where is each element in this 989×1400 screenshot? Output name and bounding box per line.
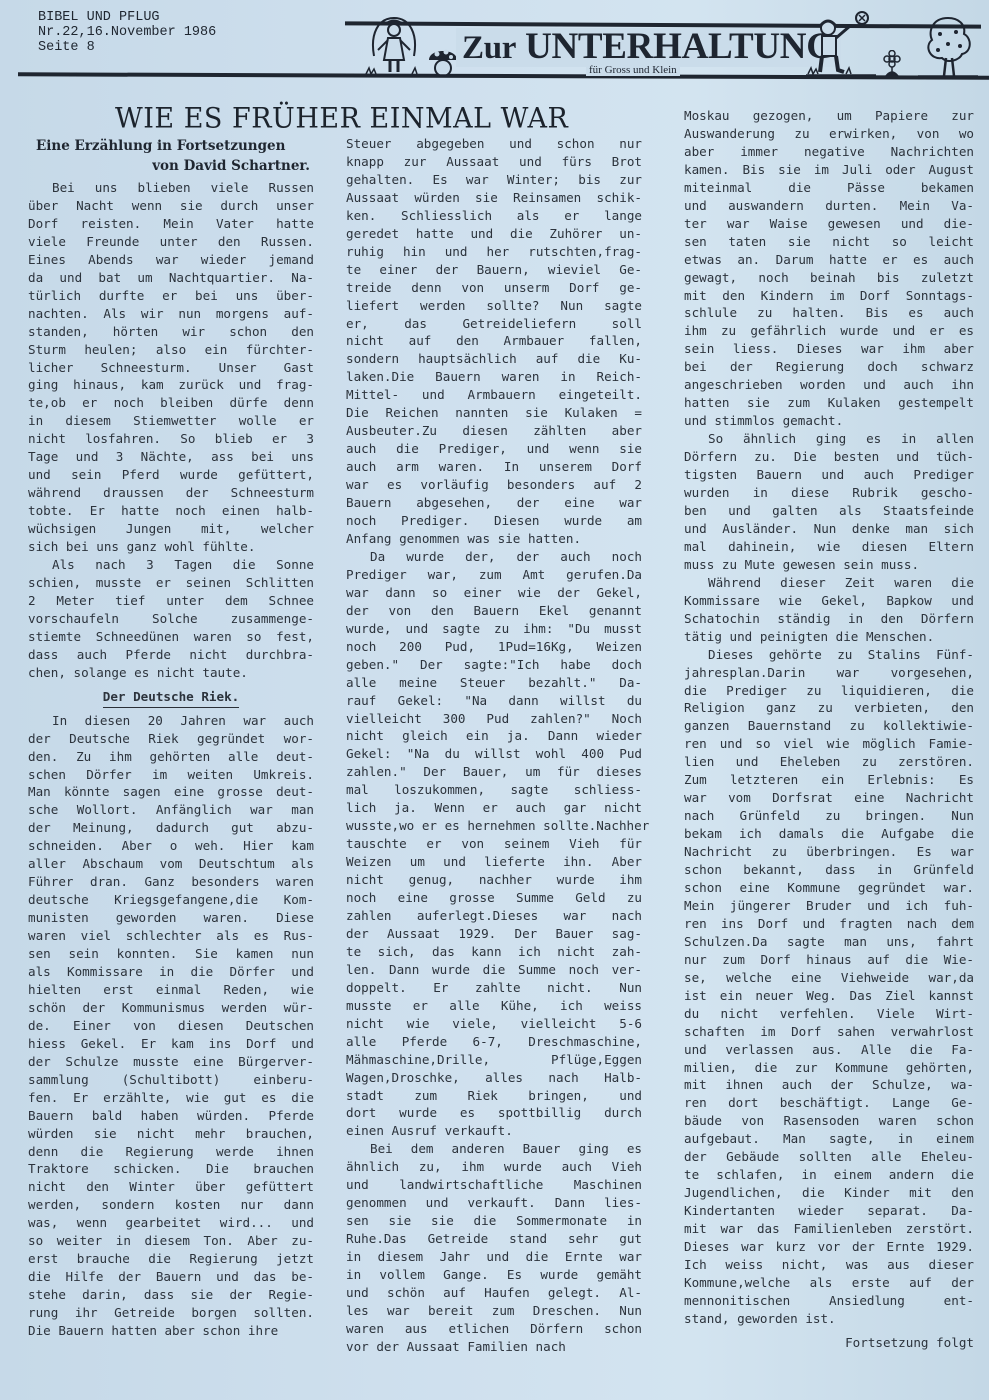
flower-icon — [880, 50, 904, 78]
text-line: Die Reichen nannten sie Kulaken = — [346, 404, 642, 422]
text-line: miteinmal die Pässe bekamen — [684, 179, 974, 197]
text-line: 2 Meter tief unter dem Schnee — [28, 592, 314, 610]
publication-name: BIBEL UND PFLUG — [38, 10, 216, 25]
text-line: schien, musste er seinen Schlitten — [28, 574, 314, 592]
text-line: ging hinaus, kam zurück und frag- — [28, 376, 314, 394]
text-line: gewagt, noch beinah bis zuletzt — [684, 269, 974, 287]
text-line: jahresplan.Darin war vorgesehen, — [684, 664, 974, 682]
text-line: werden, sondern kosten nur dann — [28, 1196, 314, 1214]
text-line: Kommune,welche als erste auf der — [684, 1274, 974, 1292]
text-line: bäude von Rasensoden waren schon — [684, 1112, 974, 1130]
text-line: Tage und 3 Nächte, ass bei uns — [28, 448, 314, 466]
section-banner: Zur UNTERHALTUNG für Gross und Klein — [358, 14, 989, 78]
text-line: ken. Schliesslich als er lange — [346, 207, 642, 225]
text-line: Dieses war kurz vor der Ernte 1929. — [684, 1238, 974, 1256]
text-line: angeschrieben worden und auch ihn — [684, 376, 974, 394]
text-line: ihm zu gefährlich wurde und er es — [684, 322, 974, 340]
text-line: ter war Waise gewesen und die- — [684, 215, 974, 233]
text-line: nicht wie viele, vielleicht 5-6 — [346, 1015, 642, 1033]
text-line: tätig und peinigten die Menschen. — [684, 628, 974, 646]
text-line: Mähmaschine,Drille, Pflüge,Eggen — [346, 1051, 642, 1069]
text-line: der Meinung, dadurch gut abzu- — [28, 819, 314, 837]
byline-author: von David Schartner. — [36, 156, 310, 176]
text-line: hielten erst einmal Reden, wie — [28, 981, 314, 999]
text-line: Führer dran. Ganz besonders waren — [28, 873, 314, 891]
text-line: ähnlich zu, ihm wurde auch Vieh — [346, 1158, 642, 1176]
section-subheading: Der Deutsche Riek. — [28, 688, 314, 706]
text-line: Steuer abgegeben und schon nur — [346, 135, 642, 153]
text-line: nach Grünfeld zu bringen. Nun — [684, 807, 974, 825]
text-line: de. Einer von diesen Deutschen — [28, 1017, 314, 1035]
text-line: sche Wollort. Anfänglich war man — [28, 801, 314, 819]
masthead-info: BIBEL UND PFLUG Nr.22,16.November 1986 S… — [38, 10, 216, 55]
text-line: Ausbeuter.Zu diesen zählten aber — [346, 422, 642, 440]
text-line: ben und galten als Staatsfeinde — [684, 502, 974, 520]
text-line: war dann so einer wie der Gekel, — [346, 584, 642, 602]
text-line: musste er alle Kühe, ich weiss — [346, 997, 642, 1015]
article-paragraph: Bei dem anderen Bauer ging esähnlich zu,… — [346, 1140, 642, 1355]
text-line: hiess Gekel. Er kam ins Dorf und — [28, 1035, 314, 1053]
text-line: les war bereit zum Dreschen. Nun — [346, 1302, 642, 1320]
text-line: liefert werden sollte? Nun sagte — [346, 297, 642, 315]
text-line: noch Prediger. Diesen wurde am — [346, 512, 642, 530]
text-line: stiemte Schneedünen waren so fest, — [28, 628, 314, 646]
text-line: aufgebaut. Man sagte, in einem — [684, 1130, 974, 1148]
text-line: mal loszukommen, sagte schliess- — [346, 781, 642, 799]
text-line: nicht losfahren. So blieb er 3 — [28, 430, 314, 448]
text-line: So ähnlich ging es in allen — [684, 430, 974, 448]
text-line: Ich weiss nicht, was aus dieser — [684, 1256, 974, 1274]
text-line: laken.Die Bauern waren in Reich- — [346, 368, 642, 386]
text-line: über Nacht wenn sie durch unser — [28, 197, 314, 215]
text-line: muss zu Mute gewesen sein muss. — [684, 556, 974, 574]
text-line: deutsche Kriegsgefangene,die Kom- — [28, 891, 314, 909]
text-line: knapp zur Aussaat und fürs Brot — [346, 153, 642, 171]
text-line: der Gebäude sollten alle Eheleu- — [684, 1148, 974, 1166]
text-line: lien und Eheleben zu zerstören. — [684, 753, 974, 771]
article-paragraph: Da wurde der, der auch nochPrediger war,… — [346, 548, 642, 1140]
issue-date: Nr.22,16.November 1986 — [38, 25, 216, 40]
article-column-3: Moskau gezogen, um Papiere zurAuswanderu… — [684, 107, 974, 1352]
text-line: Eines Abends war wieder jemand — [28, 251, 314, 269]
text-line: wurden in diese Rubrik gescho- — [684, 484, 974, 502]
text-line: du nicht verfehlen. Viele Wirt- — [684, 1005, 974, 1023]
text-line: lich ja. Wenn er auch gar nicht — [346, 799, 642, 817]
text-line: tauschte er von seinem Vieh für — [346, 835, 642, 853]
text-line: doppelt. Er zahlte nicht. Nun — [346, 979, 642, 997]
text-line: alle meine Steuer bezahlt." Da- — [346, 674, 642, 692]
text-line: erst brauche die Regierung jetzt — [28, 1250, 314, 1268]
text-line: geredet hatte und die Zuhörer un- — [346, 225, 642, 243]
text-line: während draussen der Schneesturm — [28, 484, 314, 502]
text-line: die Hilfe der Bauern und das be- — [28, 1268, 314, 1286]
text-line: und Ausländer. Nun denke man sich — [684, 520, 974, 538]
text-line: wurde, und sagte zu ihm: "Du musst — [346, 620, 642, 638]
text-line: noch 200 Pud, 1Pud=16Kg, Weizen — [346, 638, 642, 656]
text-line: Traktore schicken. Die brauchen — [28, 1160, 314, 1178]
text-line: und landwirtschaftliche Maschinen — [346, 1176, 642, 1194]
text-line: waren viel schlechter als es Rus- — [28, 927, 314, 945]
text-line: munisten geworden waren. Diese — [28, 909, 314, 927]
text-line: schon eine Kommune gegründet war. — [684, 879, 974, 897]
text-line: auch arm waren. In unserem Dorf — [346, 458, 642, 476]
text-line: nur zum Dorf hinaus auf die Wie- — [684, 951, 974, 969]
article-paragraph: Dieses gehörte zu Stalins Fünf-jahrespla… — [684, 646, 974, 1328]
text-line: nicht genug, nachher wurde ihm — [346, 871, 642, 889]
text-line: aber immer negative Nachrichten — [684, 143, 974, 161]
text-line: Dieses gehörte zu Stalins Fünf- — [684, 646, 974, 664]
text-line: einen Ausruf verkauft. — [346, 1122, 642, 1140]
text-line: Kommissare wie Gekel, Bapkow und — [684, 592, 974, 610]
text-line: Kindertanten wieder separat. Da- — [684, 1202, 974, 1220]
page-number: Seite 8 — [38, 40, 216, 55]
text-line: sein liess. Dieses war ihm aber — [684, 340, 974, 358]
text-line: wüchsigen Jungen mit, welcher — [28, 520, 314, 538]
text-line: Bei uns blieben viele Russen — [28, 179, 314, 197]
text-line: vor der Aussaat Familien nach — [346, 1338, 642, 1356]
text-line: Bauern abgesehen, der eine war — [346, 494, 642, 512]
text-line: war es vorläufig besonders auf 2 — [346, 476, 642, 494]
text-line: Ruhe.Das Getreide stand sehr gut — [346, 1230, 642, 1248]
text-line: dass auch Pferde nicht durchbra- — [28, 646, 314, 664]
text-line: sen sein konnten. Sie kamen nun — [28, 945, 314, 963]
text-line: und sein Pferd wurde gefüttert, — [28, 466, 314, 484]
text-line: Wagen,Droschke, alles nach Halb- — [346, 1069, 642, 1087]
text-line: sich bei uns ganz wohl fühlte. — [28, 538, 314, 556]
text-line: Prediger war, zum Amt gerufen.Da — [346, 566, 642, 584]
text-line: Moskau gezogen, um Papiere zur — [684, 107, 974, 125]
girl-jumping-rope-icon — [364, 14, 428, 78]
text-line: gehalten. Es war Winter; bis zur — [346, 171, 642, 189]
text-line: in diesem Stiemwetter wolle er — [28, 412, 314, 430]
text-line: würden sie nicht mehr brauchen, — [28, 1125, 314, 1143]
article-paragraph: So ähnlich ging es in allenDörfern zu. D… — [684, 430, 974, 574]
text-line: Auswanderung zu erwirken, von wo — [684, 125, 974, 143]
text-line: Nachricht zu überbringen. Es war — [684, 843, 974, 861]
text-line: Religion ganz zu verbieten, den — [684, 699, 974, 717]
article-paragraph: Während dieser Zeit waren dieKommissare … — [684, 574, 974, 646]
text-line: waren aus etlichen Dörfern schon — [346, 1320, 642, 1338]
text-line: vorschaufeln Solche zusammenge- — [28, 610, 314, 628]
text-line: da und bat um Nachtquartier. Na- — [28, 269, 314, 287]
text-line: Jugendlichen, die Kinder mit den — [684, 1184, 974, 1202]
text-line: te schlafen, in einem andern die — [684, 1166, 974, 1184]
text-line: als Kommissare in die Dörfer und — [28, 963, 314, 981]
text-line: etwas an. Darum hatte er es auch — [684, 251, 974, 269]
text-line: der Deutsche Riek gegründet wor- — [28, 730, 314, 748]
text-line: dort wurde es spottbillig durch — [346, 1104, 642, 1122]
text-line: sen sie sie die Sommermonate in — [346, 1212, 642, 1230]
text-line: mit den Kindern im Dorf Sonntags- — [684, 287, 974, 305]
text-line: alle Pferde 6-7, Dreschmaschine, — [346, 1033, 642, 1051]
text-line: zahlen auferlegt.Dieses war nach — [346, 907, 642, 925]
text-line: sammlung (Schultibott) einberu- — [28, 1071, 314, 1089]
text-line: te einer der Bauern, wieviel Ge- — [346, 261, 642, 279]
text-line: schneiden. Aber o weh. Hier kam — [28, 837, 314, 855]
text-line: Aussaat würden sie Reinsamen schik- — [346, 189, 642, 207]
text-line: Bauern bald haben würden. Pferde — [28, 1107, 314, 1125]
text-line: rauf Gekel: "Na dann willst du — [346, 692, 642, 710]
text-line: denn die Regierung werde ihnen — [28, 1143, 314, 1161]
text-line: schen Dörfer im weiten Umkreis. — [28, 766, 314, 784]
text-line: hatten sie zum Kulaken gestempelt — [684, 394, 974, 412]
article-headline: WIE ES FRÜHER EINMAL WAR — [115, 102, 568, 135]
text-line: ren und so viel wie möglich Famie- — [684, 735, 974, 753]
text-line: bekam ich damals die Aufgabe die — [684, 825, 974, 843]
text-line: chen, solange es nicht taute. — [28, 664, 314, 682]
text-line: In diesen 20 Jahren war auch — [28, 712, 314, 730]
text-line: tigsten Bauern und auch Prediger — [684, 466, 974, 484]
text-line: fen. Er erzählte, wie gut es die — [28, 1089, 314, 1107]
text-line: ren ins Dorf und fragten nach dem — [684, 915, 974, 933]
text-line: genommen und verkauft. Dann lies- — [346, 1194, 642, 1212]
article-paragraph: Als nach 3 Tagen die Sonneschien, musste… — [28, 556, 314, 682]
text-line: len. Dann wurde die Summe noch ver- — [346, 961, 642, 979]
text-line: te,ob er noch bleiben dürfe denn — [28, 394, 314, 412]
text-line: schaften im Dorf sahen verwahrlost — [684, 1023, 974, 1041]
text-line: sondern hauptsächlich auf die Ku- — [346, 350, 642, 368]
text-line: geben." Der sagte:"Ich habe doch — [346, 656, 642, 674]
text-line: und auswandern durten. Mein Va- — [684, 197, 974, 215]
text-line: mit ihnen auch der Schulze, wa- — [684, 1076, 974, 1094]
text-line: standen, hörten wir schon den — [28, 323, 314, 341]
text-line: stand, geworden ist. — [684, 1310, 974, 1328]
text-line: Mein jüngerer Bruder und ich fuh- — [684, 897, 974, 915]
text-line: ganzen Bauernstand zu kollektiwie- — [684, 717, 974, 735]
text-line: schön der Kommunismus werden wür- — [28, 999, 314, 1017]
text-line: nicht gleich ein ja. Dann wieder — [346, 727, 642, 745]
text-line: Sturm heulen; also ein fürchter- — [28, 341, 314, 359]
text-line: auch die Prediger, und wenn sie — [346, 440, 642, 458]
text-line: te sich, das kann ich nicht zah- — [346, 943, 642, 961]
article-paragraph: Bei uns blieben viele Russenüber Nacht w… — [28, 179, 314, 556]
text-line: und schön auf Haufen gelegt. Al- — [346, 1284, 642, 1302]
text-line: sen taten sie nicht so leicht — [684, 233, 974, 251]
text-line: noch eine grosse Summe Geld zu — [346, 889, 642, 907]
text-line: Man könnte sagen eine grosse deut- — [28, 783, 314, 801]
text-line: Mittel- und Armbauern eingeteilt. — [346, 386, 642, 404]
text-line: Schulzen.Da sagte man uns, fahrt — [684, 933, 974, 951]
text-line: war vom Dorfsrat eine Nachricht — [684, 789, 974, 807]
article-byline: Eine Erzählung in Fortsetzungen von Davi… — [36, 136, 310, 176]
text-line: so weiter in diesem Ton. Aber zu- — [28, 1232, 314, 1250]
newspaper-page: BIBEL UND PFLUG Nr.22,16.November 1986 S… — [0, 0, 989, 1400]
text-line: der von den Bauern Ekel genannt — [346, 602, 642, 620]
text-line: stehe darin, dass sie der Regie- — [28, 1286, 314, 1304]
text-line: nicht den Winter über gefüttert — [28, 1178, 314, 1196]
text-line: in diesem Jahr und die Ernte war — [346, 1248, 642, 1266]
text-line: der Schulze musste eine Bürgerver- — [28, 1053, 314, 1071]
text-line: Da wurde der, der auch noch — [346, 548, 642, 566]
text-line: ist ein neuer Weg. Das Ziel kannst — [684, 987, 974, 1005]
text-line: Dorf reisten. Mein Vater hatte — [28, 215, 314, 233]
boy-with-ball-icon — [806, 10, 876, 78]
text-line: türlich durfte er bei uns über- — [28, 287, 314, 305]
continued-notice: Fortsetzung folgt — [684, 1334, 974, 1352]
text-line: Die Bauern hatten aber schon ihre — [28, 1322, 314, 1340]
text-line: milien, die zur Kommune gehörten, — [684, 1059, 974, 1077]
text-line: ren dort beschäftigt. Lange Ge- — [684, 1094, 974, 1112]
text-line: schlule zu halten. Bis es auch — [684, 304, 974, 322]
text-line: der Aussaat 1929. Der Bauer sag- — [346, 925, 642, 943]
text-line: bei der Regierung doch schwarz — [684, 358, 974, 376]
text-line: treide denn von unserm Dorf ge- — [346, 279, 642, 297]
text-line: wusste,wo er es hernehmen sollte.Nachher — [346, 817, 642, 835]
text-line: zahlen." Der Bauer, um für dieses — [346, 763, 642, 781]
text-line: schon bekannt, dass in Grünfeld — [684, 861, 974, 879]
section-title: Zur UNTERHALTUNG — [456, 28, 841, 67]
text-line: Während dieser Zeit waren die — [684, 574, 974, 592]
text-line: mit war das Familienleben zerstört. — [684, 1220, 974, 1238]
article-column-1: Bei uns blieben viele Russenüber Nacht w… — [28, 179, 314, 1340]
text-line: Dörfern zu. Die besten und tüch- — [684, 448, 974, 466]
text-line: Anfang genommen was sie hatten. — [346, 530, 642, 548]
text-line: den. Zu ihm gehörten alle deut- — [28, 748, 314, 766]
text-line: kamen. Bis sie im Juli oder August — [684, 161, 974, 179]
text-line: viele Freunde unter den Russen. — [28, 233, 314, 251]
text-line: stadt zum Riek bringen, und — [346, 1087, 642, 1105]
text-line: nicht auf den Armbauer fallen, — [346, 332, 642, 350]
article-paragraph: In diesen 20 Jahren war auchder Deutsche… — [28, 712, 314, 1340]
text-line: Gekel: "Na du willst wohl 400 Pud — [346, 745, 642, 763]
text-line: ruhig hin und her rutschten,frag- — [346, 243, 642, 261]
mushroom-icon — [426, 42, 460, 78]
text-line: Schatochin ständig in den Dörfern — [684, 610, 974, 628]
text-line: Bei dem anderen Bauer ging es — [346, 1140, 642, 1158]
text-line: vielleicht 300 Pud zahlen?" Noch — [346, 710, 642, 728]
text-line: und stimmlos gemacht. — [684, 412, 974, 430]
article-paragraph: Moskau gezogen, um Papiere zurAuswanderu… — [684, 107, 974, 430]
text-line: mennonitischen Ansiedlung ent- — [684, 1292, 974, 1310]
text-line: mal dahinein, wie diesen Eltern — [684, 538, 974, 556]
text-line: er, das Getreideliefern soll — [346, 315, 642, 333]
section-subtitle: für Gross und Klein — [586, 64, 680, 76]
text-line: und verlassen aus. Alle die Fa- — [684, 1041, 974, 1059]
text-line: Weizen um und lieferte ihn. Aber — [346, 853, 642, 871]
text-line: in vollem Gange. Es wurde gemäht — [346, 1266, 642, 1284]
text-line: Zum letzteren ein Erlebnis: Es — [684, 771, 974, 789]
text-line: die Prediger zu liquidieren, die — [684, 682, 974, 700]
article-column-2: Steuer abgegeben und schon nurknapp zur … — [346, 135, 642, 1356]
text-line: Als nach 3 Tagen die Sonne — [28, 556, 314, 574]
tree-icon — [918, 14, 978, 78]
text-line: licher Schneesturm. Unser Gast — [28, 359, 314, 377]
text-line: nachten. Als wir nun morgens auf- — [28, 305, 314, 323]
article-paragraph: Steuer abgegeben und schon nurknapp zur … — [346, 135, 642, 548]
text-line: se, welche eine Viehweide war,da — [684, 969, 974, 987]
text-line: aller Abschaum vom Deutschtum als — [28, 855, 314, 873]
text-line: tobte. Er hatte noch einen halb- — [28, 502, 314, 520]
text-line: was, wenn gearbeitet wird... und — [28, 1214, 314, 1232]
byline-subtitle: Eine Erzählung in Fortsetzungen — [36, 136, 310, 156]
text-line: rung ihr Getreide borgen sollten. — [28, 1304, 314, 1322]
